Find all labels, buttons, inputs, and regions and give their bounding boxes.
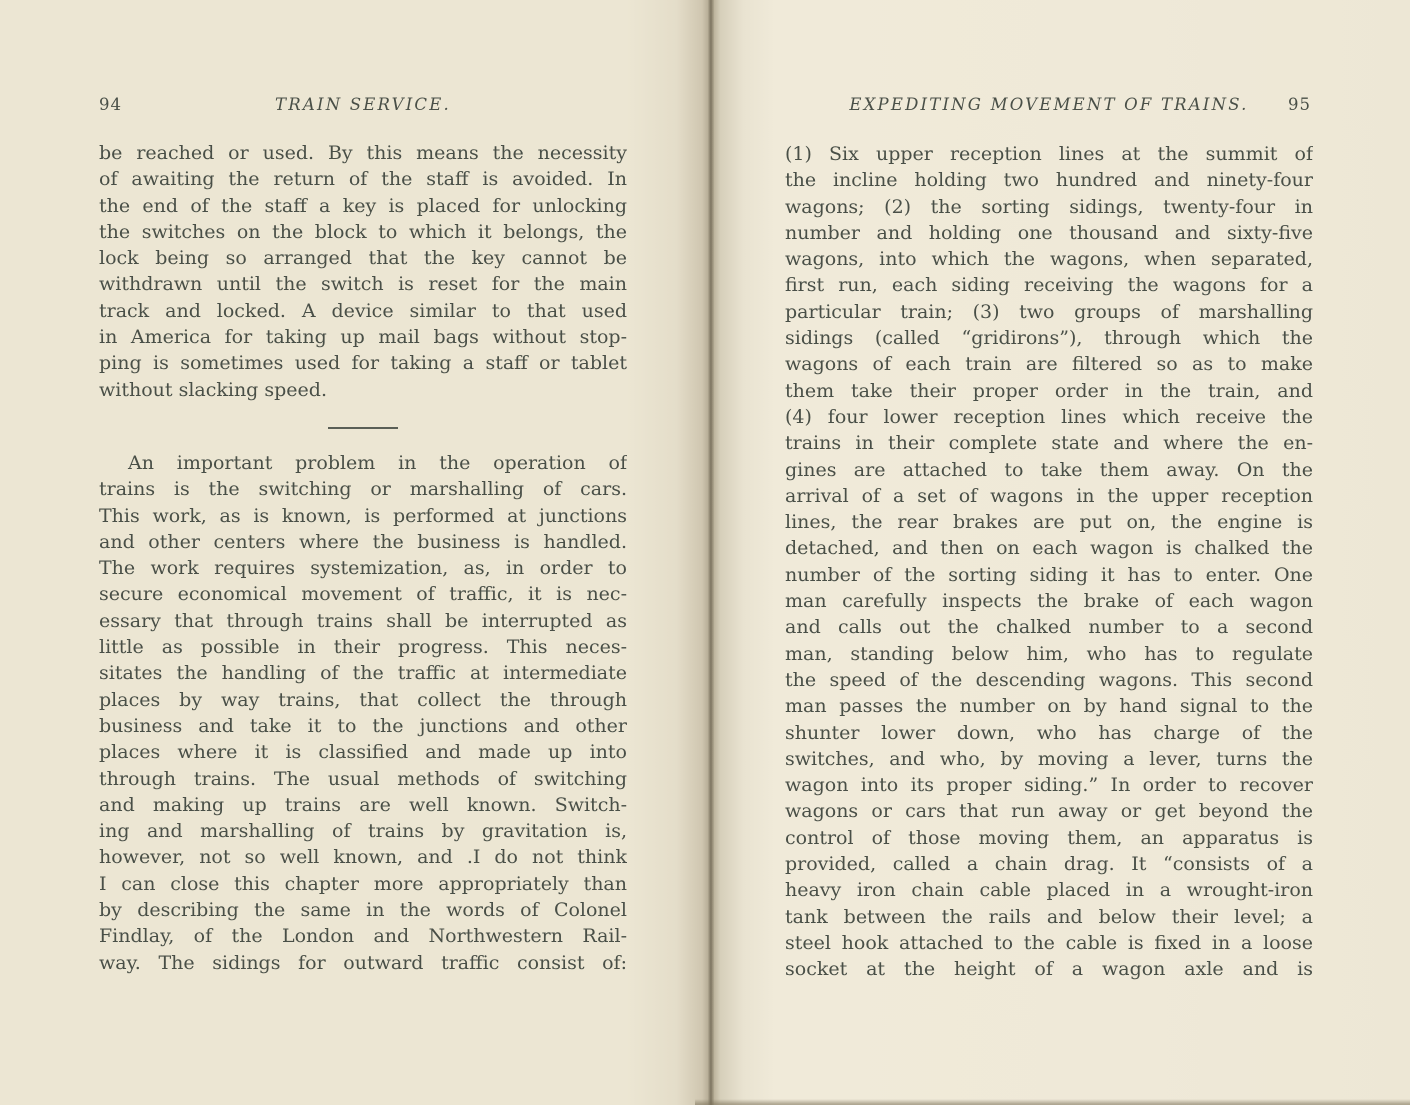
- text-line: of awaiting the return of the staff is a…: [99, 166, 627, 192]
- left-page-text-column: be reached or used. By this means the ne…: [99, 140, 627, 976]
- text-line: wagons, into which the wagons, when sepa…: [785, 246, 1313, 272]
- text-line: the switches on the block to which it be…: [99, 219, 627, 245]
- text-line: be reached or used. By this means the ne…: [99, 140, 627, 166]
- text-line: wagons; (2) the sorting sidings, twenty-…: [785, 194, 1313, 220]
- paragraph: An important problem in the operation of…: [99, 450, 627, 976]
- text-line: lines, the rear brakes are put on, the e…: [785, 509, 1313, 535]
- text-line: the incline holding two hundred and nine…: [785, 167, 1313, 193]
- text-line: man carefully inspects the brake of each…: [785, 588, 1313, 614]
- right-running-head: EXPEDITING MOVEMENT OF TRAINS.: [785, 95, 1313, 114]
- text-line: and making up trains are well known. Swi…: [99, 792, 627, 818]
- text-line: An important problem in the operation of: [99, 450, 627, 476]
- text-line: places where it is classified and made u…: [99, 739, 627, 765]
- text-line: track and locked. A device similar to th…: [99, 298, 627, 324]
- text-line: man, standing below him, who has to regu…: [785, 641, 1313, 667]
- text-line: arrival of a set of wagons in the upper …: [785, 483, 1313, 509]
- text-line: ing and marshalling of trains by gravita…: [99, 818, 627, 844]
- text-line: places by way trains, that collect the t…: [99, 687, 627, 713]
- text-line: first run, each siding receiving the wag…: [785, 272, 1313, 298]
- text-line: secure economical movement of traffic, i…: [99, 581, 627, 607]
- section-divider-rule: [328, 427, 398, 429]
- text-line: business and take it to the junctions an…: [99, 713, 627, 739]
- text-line: ping is sometimes used for taking a staf…: [99, 350, 627, 376]
- text-line: and other centers where the business is …: [99, 529, 627, 555]
- text-line: and calls out the chalked number to a se…: [785, 614, 1313, 640]
- text-line: provided, called a chain drag. It “consi…: [785, 851, 1313, 877]
- right-page-text-column: (1) Six upper reception lines at the sum…: [785, 141, 1313, 983]
- text-line: sitates the handling of the traffic at i…: [99, 660, 627, 686]
- text-line: shunter lower down, who has charge of th…: [785, 720, 1313, 746]
- text-line: Findlay, of the London and Northwestern …: [99, 923, 627, 949]
- paragraph: be reached or used. By this means the ne…: [99, 140, 627, 403]
- text-line: number of the sorting siding it has to e…: [785, 562, 1313, 588]
- text-line: them take their proper order in the trai…: [785, 378, 1313, 404]
- text-line: This work, as is known, is performed at …: [99, 503, 627, 529]
- paragraph: (1) Six upper reception lines at the sum…: [785, 141, 1313, 983]
- text-line: heavy iron chain cable placed in a wroug…: [785, 877, 1313, 903]
- text-line: trains in their complete state and where…: [785, 430, 1313, 456]
- text-line: particular train; (3) two groups of mars…: [785, 299, 1313, 325]
- text-line: (1) Six upper reception lines at the sum…: [785, 141, 1313, 167]
- right-page-number: 95: [1288, 95, 1311, 114]
- text-line: little as possible in their progress. Th…: [99, 634, 627, 660]
- text-line: trains is the switching or marshalling o…: [99, 476, 627, 502]
- text-line: through trains. The usual methods of swi…: [99, 766, 627, 792]
- text-line: tank between the rails and below their l…: [785, 904, 1313, 930]
- text-line: wagons or cars that run away or get beyo…: [785, 798, 1313, 824]
- text-line: lock being so arranged that the key cann…: [99, 245, 627, 271]
- text-line: by describing the same in the words of C…: [99, 897, 627, 923]
- text-line: the speed of the descending wagons. This…: [785, 667, 1313, 693]
- right-page-header: EXPEDITING MOVEMENT OF TRAINS. 95: [785, 95, 1313, 117]
- text-line: man passes the number on by hand signal …: [785, 693, 1313, 719]
- text-line: control of those moving them, an apparat…: [785, 825, 1313, 851]
- text-line: in America for taking up mail bags witho…: [99, 324, 627, 350]
- text-line: number and holding one thousand and sixt…: [785, 220, 1313, 246]
- text-line: I can close this chapter more appropriat…: [99, 871, 627, 897]
- book-spread: 94 TRAIN SERVICE. EXPEDITING MOVEMENT OF…: [0, 0, 1410, 1105]
- text-line: (4) four lower reception lines which rec…: [785, 404, 1313, 430]
- text-line: socket at the height of a wagon axle and…: [785, 956, 1313, 982]
- text-line: without slacking speed.: [99, 377, 627, 403]
- text-line: withdrawn until the switch is reset for …: [99, 271, 627, 297]
- text-line: gines are attached to take them away. On…: [785, 457, 1313, 483]
- text-line: the end of the staff a key is placed for…: [99, 193, 627, 219]
- text-line: switches, and who, by moving a lever, tu…: [785, 746, 1313, 772]
- text-line: wagons of each train are filtered so as …: [785, 351, 1313, 377]
- text-line: way. The sidings for outward traffic con…: [99, 950, 627, 976]
- text-line: wagon into its proper siding.” In order …: [785, 772, 1313, 798]
- text-line: steel hook attached to the cable is fixe…: [785, 930, 1313, 956]
- left-running-head: TRAIN SERVICE.: [99, 95, 627, 114]
- page-bottom-edge: [695, 1099, 1410, 1105]
- text-line: however, not so well known, and .I do no…: [99, 844, 627, 870]
- text-line: essary that through trains shall be inte…: [99, 608, 627, 634]
- text-line: sidings (called “gridirons”), through wh…: [785, 325, 1313, 351]
- text-line: The work requires systemization, as, in …: [99, 555, 627, 581]
- left-page-header: 94 TRAIN SERVICE.: [99, 95, 627, 117]
- text-line: detached, and then on each wagon is chal…: [785, 535, 1313, 561]
- gutter-crease: [708, 0, 714, 1105]
